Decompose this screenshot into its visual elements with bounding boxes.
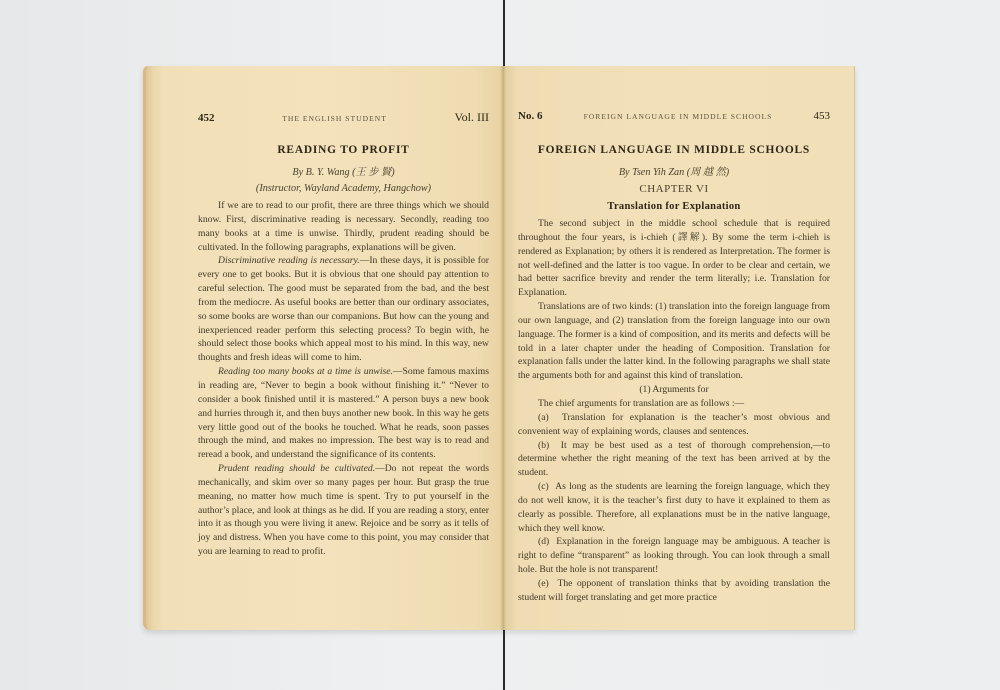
argument-item: (c) As long as the students are learning… — [518, 480, 830, 535]
paragraph-lead: Prudent reading should be cultivated. — [218, 463, 375, 474]
left-running-head: 452 THE ENGLISH STUDENT Vol. III — [198, 110, 489, 128]
intro-paragraph: The chief arguments for translation are … — [518, 397, 830, 411]
left-running-title: THE ENGLISH STUDENT — [282, 114, 387, 123]
left-byline: By B. Y. Wang (王 步 賢) — [198, 163, 489, 178]
argument-item: (e) The opponent of translation thinks t… — [518, 577, 830, 605]
left-article-title: READING TO PROFIT — [198, 144, 489, 156]
chapter-heading: CHAPTER VI — [518, 183, 830, 195]
right-page-number: 453 — [814, 110, 831, 122]
left-page-number: 452 — [198, 112, 215, 124]
left-affiliation: (Instructor, Wayland Academy, Hangchow) — [198, 183, 489, 194]
subheading: (1) Arguments for — [518, 383, 830, 397]
right-byline: By Tsen Yih Zan (周 越 然) — [518, 163, 830, 178]
right-running-title: FOREIGN LANGUAGE IN MIDDLE SCHOOLS — [584, 112, 773, 121]
right-body: The second subject in the middle school … — [518, 217, 830, 605]
book-gutter — [500, 66, 506, 630]
right-page: No. 6 FOREIGN LANGUAGE IN MIDDLE SCHOOLS… — [503, 66, 855, 630]
paragraph: Translations are of two kinds: (1) trans… — [518, 300, 830, 383]
paragraph: The second subject in the middle school … — [518, 217, 830, 300]
paragraph: If we are to read to our profit, there a… — [198, 199, 489, 254]
paragraph-lead: Discriminative reading is necessary. — [218, 255, 360, 266]
argument-item: (d) Explanation in the foreign language … — [518, 535, 830, 577]
volume-label: Vol. III — [455, 110, 489, 125]
right-running-head: No. 6 FOREIGN LANGUAGE IN MIDDLE SCHOOLS… — [518, 110, 830, 128]
section-title: Translation for Explanation — [518, 201, 830, 212]
paragraph: Discriminative reading is necessary.—In … — [198, 254, 489, 365]
argument-item: (b) It may be best used as a test of tho… — [518, 439, 830, 481]
issue-label: No. 6 — [518, 110, 542, 122]
paragraph: Reading too many books at a time is unwi… — [198, 365, 489, 462]
paragraph: Prudent reading should be cultivated.—Do… — [198, 462, 489, 559]
left-body: If we are to read to our profit, there a… — [198, 199, 489, 559]
right-article-title: FOREIGN LANGUAGE IN MIDDLE SCHOOLS — [518, 144, 830, 156]
paragraph-lead: Reading too many books at a time is unwi… — [218, 366, 393, 377]
left-page: 452 THE ENGLISH STUDENT Vol. III READING… — [143, 66, 503, 630]
open-book: 452 THE ENGLISH STUDENT Vol. III READING… — [143, 66, 855, 630]
argument-item: (a) Translation for explanation is the t… — [518, 411, 830, 439]
